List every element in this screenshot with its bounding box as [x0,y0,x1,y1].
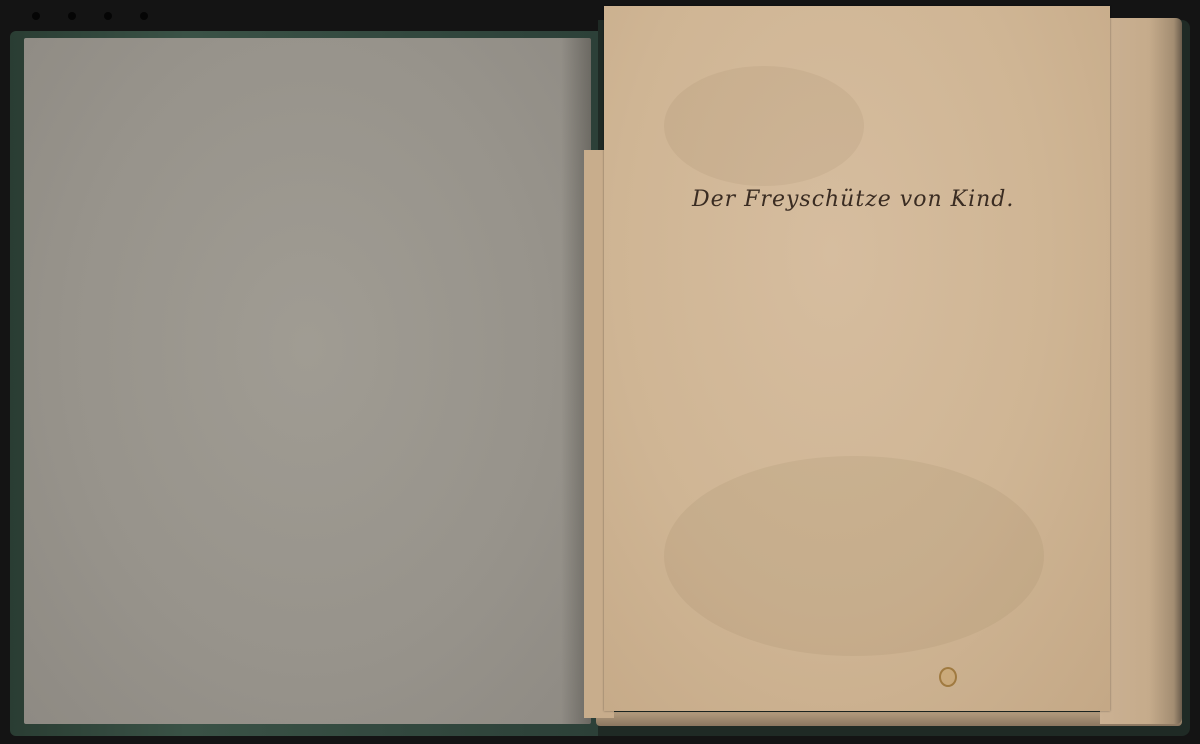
paper-spot [939,667,957,687]
peg-hole [104,12,112,20]
stain [664,456,1044,656]
peg-hole [68,12,76,20]
title-page [604,6,1110,711]
peg-hole [32,12,40,20]
page-stack-edge [1100,18,1182,724]
stain [664,66,864,186]
handwritten-title: Der Freyschütze von Kind. [692,170,962,230]
peg-hole [140,12,148,20]
page-stack-bottom [596,712,1182,726]
left-endpaper [24,38,591,724]
